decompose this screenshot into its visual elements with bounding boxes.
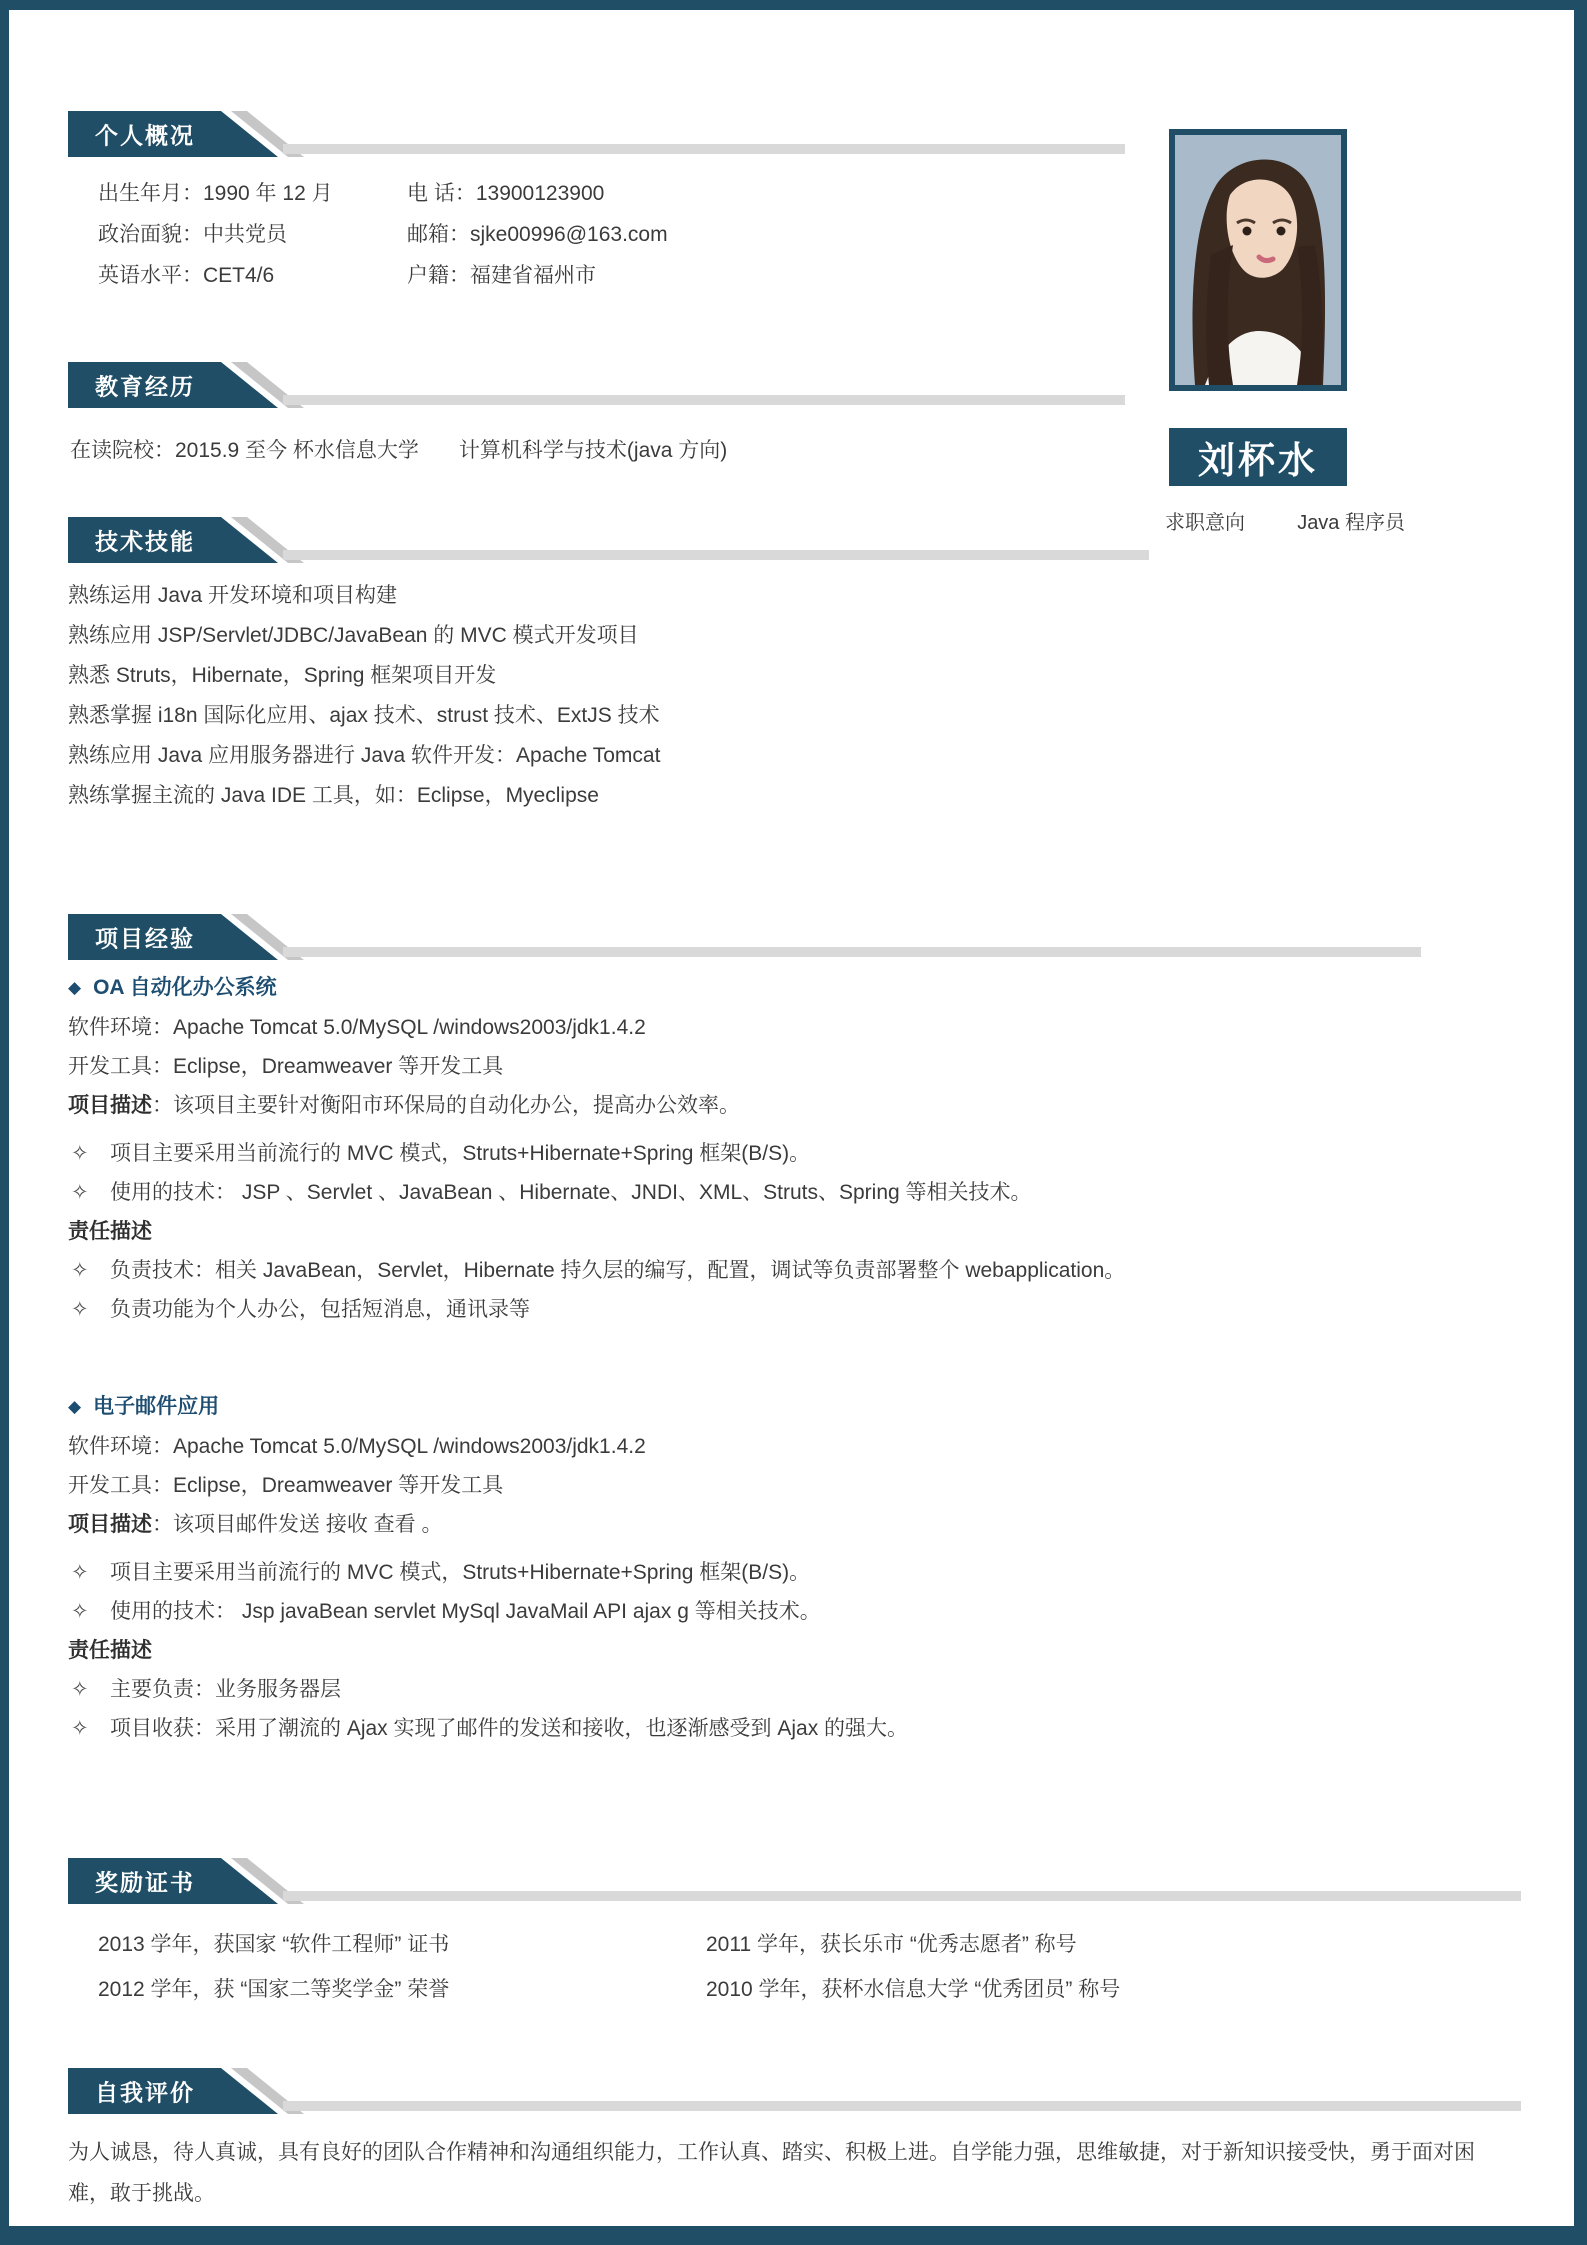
project-point: ✧主要负责：业务服务器层: [68, 1670, 1519, 1709]
point-text: 负责功能为个人办公，包括短消息，通讯录等: [110, 1298, 530, 1321]
personal-info-right: 电 话：13900123900 邮箱：sjke00996@163.com 户籍：…: [407, 173, 668, 296]
project-point: ✧使用的技术： Jsp javaBean servlet MySql JavaM…: [68, 1592, 1519, 1631]
skill-item: 熟练运用 Java 开发环境和项目构建: [68, 576, 1519, 616]
awards-right-column: 2011 学年，获长乐市 “优秀志愿者” 称号 2010 学年，获杯水信息大学 …: [706, 1922, 1120, 2012]
project-env: 软件环境：Apache Tomcat 5.0/MySQL /windows200…: [68, 1427, 1519, 1466]
star-bullet-icon: ✧: [71, 1290, 89, 1329]
star-bullet-icon: ✧: [71, 1173, 89, 1212]
project-desc: 项目描述：该项目主要针对衡阳市环保局的自动化办公，提高办公效率。: [68, 1086, 1519, 1125]
info-value: 13900123900: [476, 182, 604, 205]
point-text: 使用的技术： JSP 、Servlet 、JavaBean 、Hibernate…: [110, 1181, 1032, 1204]
info-row: 电 话：13900123900: [407, 173, 668, 214]
responsibility-label: 责任描述: [68, 1631, 1519, 1670]
project-tools: 开发工具：Eclipse，Dreamweaver 等开发工具: [68, 1466, 1519, 1505]
star-bullet-icon: ✧: [71, 1553, 89, 1592]
candidate-photo: [1169, 129, 1347, 391]
project-point: ✧项目主要采用当前流行的 MVC 模式，Struts+Hibernate+Spr…: [68, 1134, 1519, 1173]
candidate-summary-block: 刘杯水 求职意向 Java 程序员: [1169, 129, 1347, 535]
info-label: 电 话：: [407, 182, 476, 205]
skill-item: 熟悉掌握 i18n 国际化应用、ajax 技术、strust 技术、ExtJS …: [68, 696, 1519, 736]
project-item: ◆OA 自动化办公系统 软件环境：Apache Tomcat 5.0/MySQL…: [68, 968, 1519, 1329]
point-text: 主要负责：业务服务器层: [110, 1678, 341, 1701]
project-env: 软件环境：Apache Tomcat 5.0/MySQL /windows200…: [68, 1008, 1519, 1047]
field-value: ：该项目主要针对衡阳市环保局的自动化办公，提高办公效率。: [152, 1094, 740, 1117]
field-label: 软件环境：: [68, 1016, 173, 1039]
skills-list: 熟练运用 Java 开发环境和项目构建 熟练应用 JSP/Servlet/JDB…: [68, 576, 1519, 816]
section-title: 自我评价: [95, 2075, 195, 2108]
info-value: 福建省福州市: [470, 264, 596, 287]
field-value: ：该项目邮件发送 接收 查看 。: [152, 1513, 443, 1536]
project-point: ✧项目主要采用当前流行的 MVC 模式，Struts+Hibernate+Spr…: [68, 1553, 1519, 1592]
awards-left-column: 2013 学年，获国家 “软件工程师” 证书 2012 学年，获 “国家二等奖学…: [98, 1922, 706, 2012]
education-value: 2015.9 至今 杯水信息大学: [175, 439, 419, 462]
star-bullet-icon: ✧: [71, 1670, 89, 1709]
page-border-bottom: [0, 2226, 1587, 2245]
section-title: 奖励证书: [95, 1865, 195, 1898]
project-item: ◆电子邮件应用 软件环境：Apache Tomcat 5.0/MySQL /wi…: [68, 1387, 1519, 1748]
page-border-top: [0, 0, 1587, 10]
project-tools: 开发工具：Eclipse，Dreamweaver 等开发工具: [68, 1047, 1519, 1086]
education-major: 计算机科学与技术(java 方向): [459, 439, 727, 462]
job-intent-label: 求职意向: [1165, 506, 1245, 535]
project-point: ✧使用的技术： JSP 、Servlet 、JavaBean 、Hibernat…: [68, 1173, 1519, 1212]
star-bullet-icon: ✧: [71, 1709, 89, 1748]
project-points: ✧项目主要采用当前流行的 MVC 模式，Struts+Hibernate+Spr…: [68, 1134, 1519, 1212]
section-title: 项目经验: [95, 921, 195, 954]
project-points: ✧项目主要采用当前流行的 MVC 模式，Struts+Hibernate+Spr…: [68, 1553, 1519, 1631]
job-intent-row: 求职意向 Java 程序员: [1165, 506, 1405, 535]
info-value: 1990 年 12 月: [203, 182, 333, 205]
star-bullet-icon: ✧: [71, 1592, 89, 1631]
resume-page: { "theme": { "accent": "#1f4e66", "strip…: [0, 0, 1587, 2245]
skill-item: 熟练应用 JSP/Servlet/JDBC/JavaBean 的 MVC 模式开…: [68, 616, 1519, 656]
star-bullet-icon: ✧: [71, 1134, 89, 1173]
section-header-evaluation: 自我评价: [68, 2068, 1519, 2114]
info-row: 邮箱：sjke00996@163.com: [407, 214, 668, 255]
project-point: ✧负责技术：相关 JavaBean，Servlet，Hibernate 持久层的…: [68, 1251, 1519, 1290]
diamond-bullet-icon: ◆: [68, 978, 81, 997]
banner-rule: [283, 2101, 1521, 2111]
banner-rule: [283, 395, 1125, 405]
section-title: 个人概况: [95, 118, 195, 151]
awards-list: 2013 学年，获国家 “软件工程师” 证书 2012 学年，获 “国家二等奖学…: [98, 1922, 1519, 2012]
point-text: 使用的技术： Jsp javaBean servlet MySql JavaMa…: [110, 1600, 821, 1623]
personal-info-left: 出生年月：1990 年 12 月 政治面貌：中共党员 英语水平：CET4/6: [98, 173, 407, 296]
responsibility-label: 责任描述: [68, 1212, 1519, 1251]
info-row: 出生年月：1990 年 12 月: [98, 173, 407, 214]
project-point: ✧项目收获：采用了潮流的 Ajax 实现了邮件的发送和接收，也逐渐感受到 Aja…: [68, 1709, 1519, 1748]
point-text: 项目主要采用当前流行的 MVC 模式，Struts+Hibernate+Spri…: [110, 1142, 810, 1165]
award-item: 2011 学年，获长乐市 “优秀志愿者” 称号: [706, 1922, 1120, 1967]
section-header-projects: 项目经验: [68, 914, 1519, 960]
award-item: 2012 学年，获 “国家二等奖学金” 荣誉: [98, 1967, 706, 2012]
info-row: 英语水平：CET4/6: [98, 255, 407, 296]
award-item: 2010 学年，获杯水信息大学 “优秀团员” 称号: [706, 1967, 1120, 2012]
section-header-awards: 奖励证书: [68, 1858, 1519, 1904]
page-border-left: [0, 0, 9, 2245]
project-name: OA 自动化办公系统: [93, 976, 277, 999]
education-label: 在读院校：: [70, 439, 175, 462]
project-title: ◆OA 自动化办公系统: [68, 968, 1519, 1008]
field-value: Apache Tomcat 5.0/MySQL /windows2003/jdk…: [173, 1435, 646, 1458]
info-value: CET4/6: [203, 264, 274, 287]
job-intent-value: Java 程序员: [1297, 506, 1405, 535]
info-label: 出生年月：: [98, 182, 203, 205]
info-label: 政治面貌：: [98, 223, 203, 246]
page-border-right: [1574, 0, 1587, 2245]
star-bullet-icon: ✧: [71, 1251, 89, 1290]
project-name: 电子邮件应用: [93, 1395, 219, 1418]
diamond-bullet-icon: ◆: [68, 1397, 81, 1416]
candidate-name: 刘杯水: [1169, 428, 1347, 486]
banner-rule: [283, 550, 1149, 560]
field-label-bold: 项目描述: [68, 1513, 152, 1536]
field-value: Apache Tomcat 5.0/MySQL /windows2003/jdk…: [173, 1016, 646, 1039]
skill-item: 熟悉 Struts，Hibernate，Spring 框架项目开发: [68, 656, 1519, 696]
info-label: 英语水平：: [98, 264, 203, 287]
project-title: ◆电子邮件应用: [68, 1387, 1519, 1427]
skill-item: 熟练掌握主流的 Java IDE 工具，如：Eclipse，Myeclipse: [68, 776, 1519, 816]
field-label: 软件环境：: [68, 1435, 173, 1458]
info-label: 邮箱：: [407, 223, 470, 246]
banner-rule: [283, 144, 1125, 154]
field-label: 开发工具：: [68, 1474, 173, 1497]
field-value: Eclipse，Dreamweaver 等开发工具: [173, 1474, 503, 1497]
self-evaluation-text: 为人诚恳，待人真诚，具有良好的团队合作精神和沟通组织能力，工作认真、踏实、积极上…: [68, 2132, 1516, 2214]
section-title: 教育经历: [95, 369, 195, 402]
section-title: 技术技能: [95, 524, 195, 557]
info-value: sjke00996@163.com: [470, 223, 668, 246]
project-desc: 项目描述：该项目邮件发送 接收 查看 。: [68, 1505, 1519, 1544]
project-point: ✧负责功能为个人办公，包括短消息，通讯录等: [68, 1290, 1519, 1329]
info-label: 户籍：: [407, 264, 470, 287]
info-value: 中共党员: [203, 223, 287, 246]
portrait-photo-illustration: [1175, 135, 1341, 385]
award-item: 2013 学年，获国家 “软件工程师” 证书: [98, 1922, 706, 1967]
skill-item: 熟练应用 Java 应用服务器进行 Java 软件开发：Apache Tomca…: [68, 736, 1519, 776]
info-row: 政治面貌：中共党员: [98, 214, 407, 255]
point-text: 项目收获：采用了潮流的 Ajax 实现了邮件的发送和接收，也逐渐感受到 Ajax…: [110, 1717, 908, 1740]
banner-rule: [283, 1891, 1521, 1901]
point-text: 项目主要采用当前流行的 MVC 模式，Struts+Hibernate+Spri…: [110, 1561, 810, 1584]
info-row: 户籍：福建省福州市: [407, 255, 668, 296]
field-label-bold: 项目描述: [68, 1094, 152, 1117]
field-label: 开发工具：: [68, 1055, 173, 1078]
field-value: Eclipse，Dreamweaver 等开发工具: [173, 1055, 503, 1078]
point-text: 负责技术：相关 JavaBean，Servlet，Hibernate 持久层的编…: [110, 1259, 1125, 1282]
banner-rule: [283, 947, 1421, 957]
